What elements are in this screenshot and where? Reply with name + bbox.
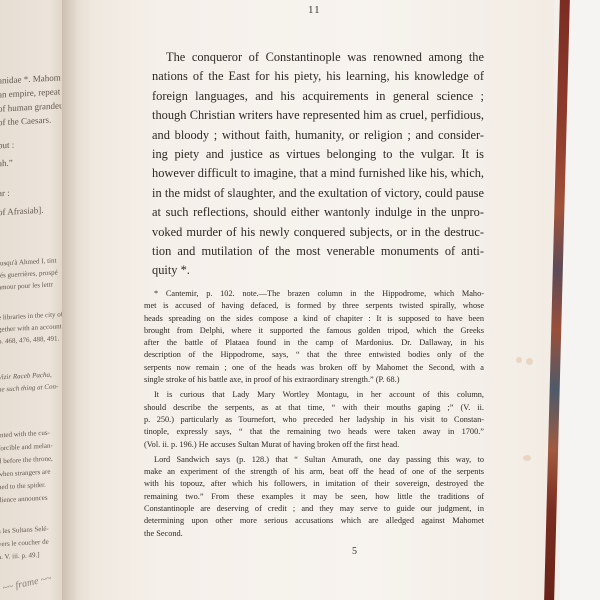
footnote-line: met is accused of having defaced, is for… — [144, 300, 484, 312]
pencil-annotation: ~~ frame ~~ — [1, 573, 52, 594]
text-line: however difficult to imagine, that a min… — [152, 164, 484, 183]
footnote-line: determining upon other more serious accu… — [144, 515, 484, 527]
left-page-line: s les Sultans Selé- — [0, 525, 49, 536]
footnote-line: remaining two.” From these examples it m… — [144, 491, 484, 503]
footnote-line: Lord Sandwich says (p. 128.) that “ Sult… — [144, 454, 484, 466]
text-line: though Christian writers have represente… — [152, 106, 484, 125]
left-page-line: ned to the spider. — [0, 481, 46, 492]
main-paragraph: The conqueror of Constantinople was reno… — [152, 48, 484, 281]
foxing-spot — [526, 358, 533, 365]
left-page-line: forcible and melan- — [0, 442, 53, 453]
text-line: foreign languages, and his acquirements … — [152, 87, 484, 106]
left-page-line: anidae *. Mahom — [0, 72, 61, 85]
text-line: at such reflections, should either wanto… — [152, 203, 484, 222]
text-line: in the midst of slaughter, and the exult… — [152, 184, 484, 203]
left-page-line: inted with the cus- — [0, 429, 50, 440]
text-line: and bloody ; without faith, humanity, or… — [152, 126, 484, 145]
text-line: voked murder of his newly conquered subj… — [152, 223, 484, 242]
left-page-line: but : — [0, 140, 14, 151]
text-line: tion and mutilation of the most venerabl… — [152, 242, 484, 261]
footnote-line: with his topouz, after which his followe… — [144, 478, 484, 490]
left-page-line: of human grandeu — [0, 100, 63, 113]
left-page-line: when strangers are — [0, 468, 50, 479]
foxing-spot — [523, 455, 531, 461]
footnote-line: Constantinople are deserving of credit ;… — [144, 503, 484, 515]
text-line: ing piety and justice as virtues belongi… — [152, 145, 484, 164]
footnote-line: description of the Hippodrome, says, “ t… — [144, 349, 484, 361]
book-photo: anidae *. Mahom an empire, repeat of hum… — [0, 0, 600, 600]
footnote-line: (Vol. ii. p. 196.) He accuses Sultan Mur… — [144, 439, 484, 451]
left-page-line: d before the throne, — [0, 455, 53, 466]
left-page-line: ne such thing at Con- — [0, 382, 58, 393]
left-page-line: p. 468, 476, 488, 491. — [0, 334, 59, 345]
footnote-line: serpents now remain ; one of the heads w… — [144, 362, 484, 374]
footnote-line: single stroke of his battle axe, in proo… — [144, 374, 484, 386]
footnote-line: It is curious that Lady Mary Wortley Mon… — [144, 389, 484, 401]
left-page-line: an empire, repeat — [0, 86, 60, 99]
footnote-line: * Cantemir, p. 102. note.—The brazen col… — [144, 288, 484, 300]
left-page-line: a. V. iii. p. 49.] — [0, 551, 40, 561]
left-page-line: Vizir Raceb Pacha, — [0, 371, 52, 382]
text-line: The conqueror of Constantinople was reno… — [152, 48, 484, 67]
left-page-line: of the Caesars. — [0, 115, 51, 128]
footnote-line: the Second. — [144, 528, 484, 540]
footnote-line: heads spreading on the sides compose a k… — [144, 313, 484, 325]
left-page-line: jusqu'à Ahmed I, tint — [0, 256, 56, 267]
footnote-line: should describe the serpents, as at that… — [144, 402, 484, 414]
footnote-line: make an experiment of the strength of hi… — [144, 466, 484, 478]
footnote-line: p. 250.) particularly as Tournefort, who… — [144, 414, 484, 426]
left-page-line: of Afrasiab]. — [0, 205, 43, 217]
left-page-line: tés guerrières, prospé — [0, 268, 58, 279]
left-page-line: vers le coucher de — [0, 538, 49, 549]
left-page-line: dience announces — [0, 494, 48, 505]
signature-mark: 5 — [352, 546, 357, 557]
left-page-line: e libraries in the city of — [0, 310, 63, 321]
text-line: nations of the East for his piety, his l… — [152, 67, 484, 86]
left-page-line: gether with an account — [0, 322, 62, 333]
footnotes: * Cantemir, p. 102. note.—The brazen col… — [144, 288, 484, 540]
footnote-line: after the battle of Plataea found in the… — [144, 337, 484, 349]
left-page-line: amour pour les lettr — [0, 281, 53, 292]
left-page-line: ah.” — [0, 158, 13, 169]
text-line: quity *. — [152, 261, 484, 280]
foxing-spot — [516, 357, 522, 363]
page-number: 11 — [308, 4, 321, 16]
footnote-line: brought from Delphi, where it supported … — [144, 325, 484, 337]
left-page: anidae *. Mahom an empire, repeat of hum… — [0, 0, 70, 600]
left-page-line: ar : — [0, 188, 10, 199]
footnote-line: tinople, expressly says, “ that the rema… — [144, 426, 484, 438]
